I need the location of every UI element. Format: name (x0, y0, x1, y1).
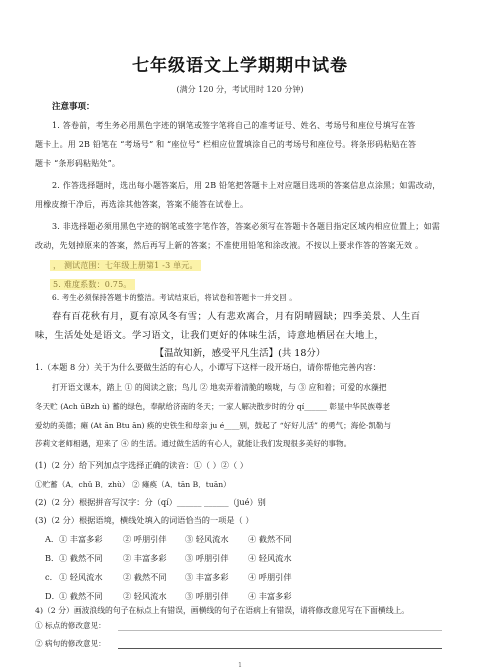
notice-line: 1. 答卷前，考生务必用黑色字迹的钢笔或签字笔将自己的准考证号、姓名、考场号和座… (52, 120, 415, 131)
notice-line: 6. 考生必须保持答题卡的整洁。考试结束后，将试卷和答题卡一并交回 。 (52, 293, 297, 303)
notice-line: 题卡 “条形码粘贴处”。 (35, 158, 120, 169)
page-title: 七年级语文上学期期中试卷 (0, 51, 480, 76)
sub-question-1: (1)（2 分）给下列加点字选择正确的读音：①（ ）②（ ） (35, 460, 248, 471)
notice-heading: 注意事项： (52, 100, 95, 112)
choice-item: ② 丰富多彩 (123, 553, 167, 564)
choice-item: ② 呼朋引伴 (123, 534, 167, 545)
exam-subtitle: (满分 120 分，考试用时 120 分钟) (0, 84, 480, 95)
choice-row-c[interactable]: c． ① 轻风流水 ② 截然不同 ③ 丰富多彩 ④ 呼朋引伴 (45, 572, 475, 584)
choice-item: ④ 丰富多彩 (248, 591, 292, 602)
notice-line: 2. 作答选择题时，选出每小题答案后，用 2B 铅笔把答题卡上对应题目选项的答案… (52, 180, 440, 191)
notice-line: 用橡皮擦干净后，再选涂其他答案，答案不能答在试卷上。 (35, 199, 248, 210)
choice-item: ① 轻风流水 (59, 572, 103, 583)
choice-item: ② 截然不同 (123, 572, 167, 583)
highlighted-notice-scope: ， 测试范围：七年级上册第1 -3 单元。 (50, 260, 201, 271)
choice-item: ② 轻风流水 (123, 591, 167, 602)
choice-label: c． (45, 572, 58, 583)
sub-question-4: 4)（2 分）画波浪线的句子在标点上有错误，画横线的句子在语病上有错误，请将修改… (35, 605, 409, 616)
choice-row-a[interactable]: A． ① 丰富多彩 ② 呼朋引伴 ③ 轻风流水 ④ 截然不同 (45, 534, 475, 546)
intro-line: 味，生活处处是语文。学习语文，让我们更好的体味生活，诗意地栖居在大地上， (35, 327, 384, 341)
choice-item: ③ 呼朋引伴 (185, 591, 229, 602)
intro-line: 春有百花秋有月，夏有凉风冬有雪；人有悲欢离合，月有阴晴圆缺；四季美景、人生百 (52, 308, 420, 322)
highlighted-notice-difficulty: 5. 难度系数：0.75。 (50, 279, 135, 290)
sub-question-3: (3)（2 分）根据语境，横线处填入的词语恰当的一项是（ ） (35, 515, 254, 526)
notice-line: 3. 非选择题必须用黑色字迹的钢笔或签字笔作答，答案必须写在答题卡各题目指定区域… (52, 221, 440, 232)
notice-line: 改动，先划掉原来的答案，然后再写上新的答案；不准使用铅笔和涂改液。不按以上要求作… (35, 240, 423, 251)
sub-question-2: (2)（2 分）根据拼音写汉字：分（qí）______ ______（jué）别 (35, 497, 266, 508)
highlight-text: 5. 难度系数：0.75。 (50, 279, 135, 290)
choice-item: ④ 截然不同 (248, 534, 292, 545)
question-stem: 1.（本题 8 分）关于为什么要做生活的有心人，小谭写下这样一段开场白，请你帮他… (35, 362, 381, 373)
passage-line: 爱幼的美德；瘫 (At ān Btu ān) 痪的史铁生和母亲 ju é____… (35, 420, 391, 431)
choice-row-b[interactable]: B． ① 截然不同 ② 丰富多彩 ③ 呼朋引伴 ④ 轻风流水 (45, 553, 475, 565)
notice-line: 题卡上。用 2B 铅笔在 “考场号” 和 “座位号” 栏相应位置填涂自己的考场号… (35, 139, 416, 150)
choice-item: ③ 呼朋引伴 (185, 553, 229, 564)
exam-page: 七年级语文上学期期中试卷 (满分 120 分，考试用时 120 分钟) 注意事项… (0, 0, 480, 660)
choice-label: D． (45, 591, 60, 602)
sub-question-1-options: ①贮蓄（A．chǔ B．zhù） ② 瘫痪（A．tān B．tuān） (35, 479, 231, 490)
choice-item: ① 丰富多彩 (59, 534, 103, 545)
choice-row-d[interactable]: D． ① 截然不同 ② 轻风流水 ③ 呼朋引伴 ④ 丰富多彩 (45, 591, 475, 603)
choice-item: ④ 呼朋引伴 (248, 572, 292, 583)
highlight-text: ， 测试范围：七年级上册第1 -3 单元。 (50, 260, 201, 271)
punctuation-revision-label: ① 标点的修改意见： (35, 620, 106, 631)
choice-label: A． (45, 534, 59, 545)
passage-line: 打开语文课本，踏上 ① 的阅读之旅；鸟儿 ② 地卖弄着清脆的喉咙，与 ③ 应和着… (52, 382, 387, 393)
choice-item: ③ 轻风流水 (185, 534, 229, 545)
choice-item: ① 截然不同 (59, 553, 103, 564)
section-heading: 【温故知新，感受平凡生活】(共 18分） (0, 345, 480, 359)
choice-item: ③ 丰富多彩 (185, 572, 229, 583)
sentence-revision-label: ② 病句的修改意见： (35, 638, 106, 649)
choice-item: ① 截然不同 (59, 591, 103, 602)
choice-label: B． (45, 553, 59, 564)
punctuation-revision-input[interactable] (118, 630, 442, 631)
passage-line: 莎莉文老师相遇，迎来了 ④ 的生活。通过做生活的有心人，就能让我们发现很多美好的… (35, 438, 351, 449)
passage-line: 冬天贮 (Ach ūBzh ù) 蓄的绿色，奉献给济南的冬天；一家人解决散步时的… (35, 401, 390, 412)
page-number: 1 (0, 662, 480, 669)
sentence-revision-input[interactable] (118, 648, 442, 649)
choice-item: ④ 轻风流水 (248, 553, 292, 564)
